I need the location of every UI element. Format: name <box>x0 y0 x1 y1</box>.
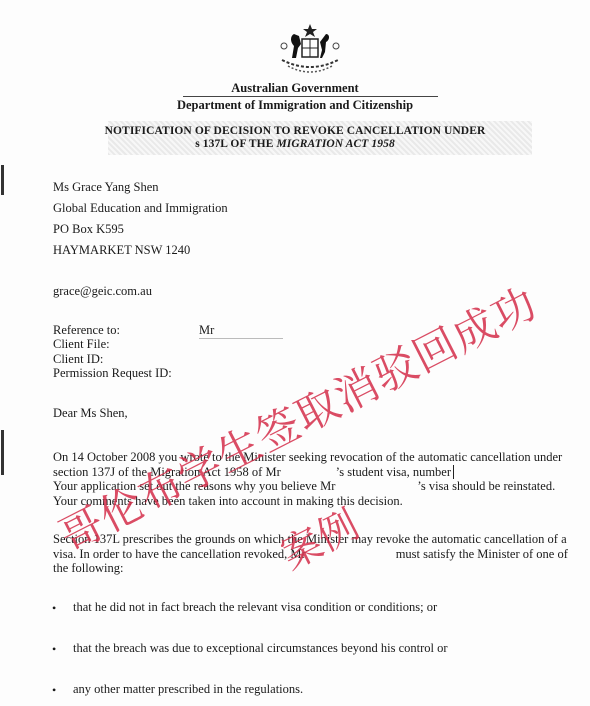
header-divider <box>183 96 438 97</box>
text-span: section 137J of the Migration Act 1958 o… <box>53 465 281 479</box>
list-item: that the breach was due to exceptional c… <box>73 641 448 656</box>
paragraph-line: On 14 October 2008 you wrote to the Mini… <box>53 450 562 465</box>
list-item: any other matter prescribed in the regul… <box>73 682 303 697</box>
paragraph-line: visa. In order to have the cancellation … <box>53 547 568 562</box>
addressee-po-box: PO Box K595 <box>53 222 124 237</box>
paragraph-line: Section 137L prescribes the grounds on w… <box>53 532 568 547</box>
title-prefix: s 137L OF THE <box>195 138 276 150</box>
government-name: Australian Government <box>0 81 590 96</box>
department-name: Department of Immigration and Citizenshi… <box>0 98 590 113</box>
paragraph-line: the following: <box>53 561 568 576</box>
act-name: MIGRATION ACT 1958 <box>276 138 394 150</box>
document-title-line2: s 137L OF THE MIGRATION ACT 1958 <box>0 138 590 150</box>
list-item: that he did not in fact breach the relev… <box>73 600 437 615</box>
bullet-icon: • <box>52 642 56 657</box>
client-id-label: Client ID: <box>53 352 103 367</box>
paragraph-line: section 137J of the Migration Act 1958 o… <box>53 465 562 480</box>
addressee-email: grace@geic.com.au <box>53 284 152 299</box>
paragraph-2: Section 137L prescribes the grounds on w… <box>53 532 568 576</box>
reference-value: Mr <box>199 323 283 339</box>
text-span: visa. In order to have the cancellation … <box>53 547 306 561</box>
bullet-icon: • <box>52 683 56 698</box>
text-span: ’s student visa, number <box>336 465 451 479</box>
document-title-line1: NOTIFICATION OF DECISION TO REVOKE CANCE… <box>0 125 590 137</box>
paragraph-line: Your application set out the reasons why… <box>53 479 562 494</box>
addressee-city: HAYMARKET NSW 1240 <box>53 243 190 258</box>
scan-margin-mark <box>1 430 4 475</box>
text-cursor: ​ <box>453 465 454 479</box>
text-span: ’s visa should be reinstated. <box>417 479 555 493</box>
paragraph-line: Your comments have been taken into accou… <box>53 494 562 509</box>
client-file-label: Client File: <box>53 337 110 352</box>
bullet-icon: • <box>52 601 56 616</box>
text-span: must satisfy the Minister of one of <box>396 547 568 561</box>
permission-request-id-label: Permission Request ID: <box>53 366 172 381</box>
addressee-organisation: Global Education and Immigration <box>53 201 228 216</box>
salutation: Dear Ms Shen, <box>53 406 128 421</box>
addressee-name: Ms Grace Yang Shen <box>53 180 159 195</box>
coat-of-arms-icon <box>270 22 350 78</box>
scan-margin-mark <box>1 165 4 195</box>
text-span: Your application set out the reasons why… <box>53 479 335 493</box>
reference-label: Reference to: <box>53 323 120 338</box>
paragraph-1: On 14 October 2008 you wrote to the Mini… <box>53 450 562 508</box>
